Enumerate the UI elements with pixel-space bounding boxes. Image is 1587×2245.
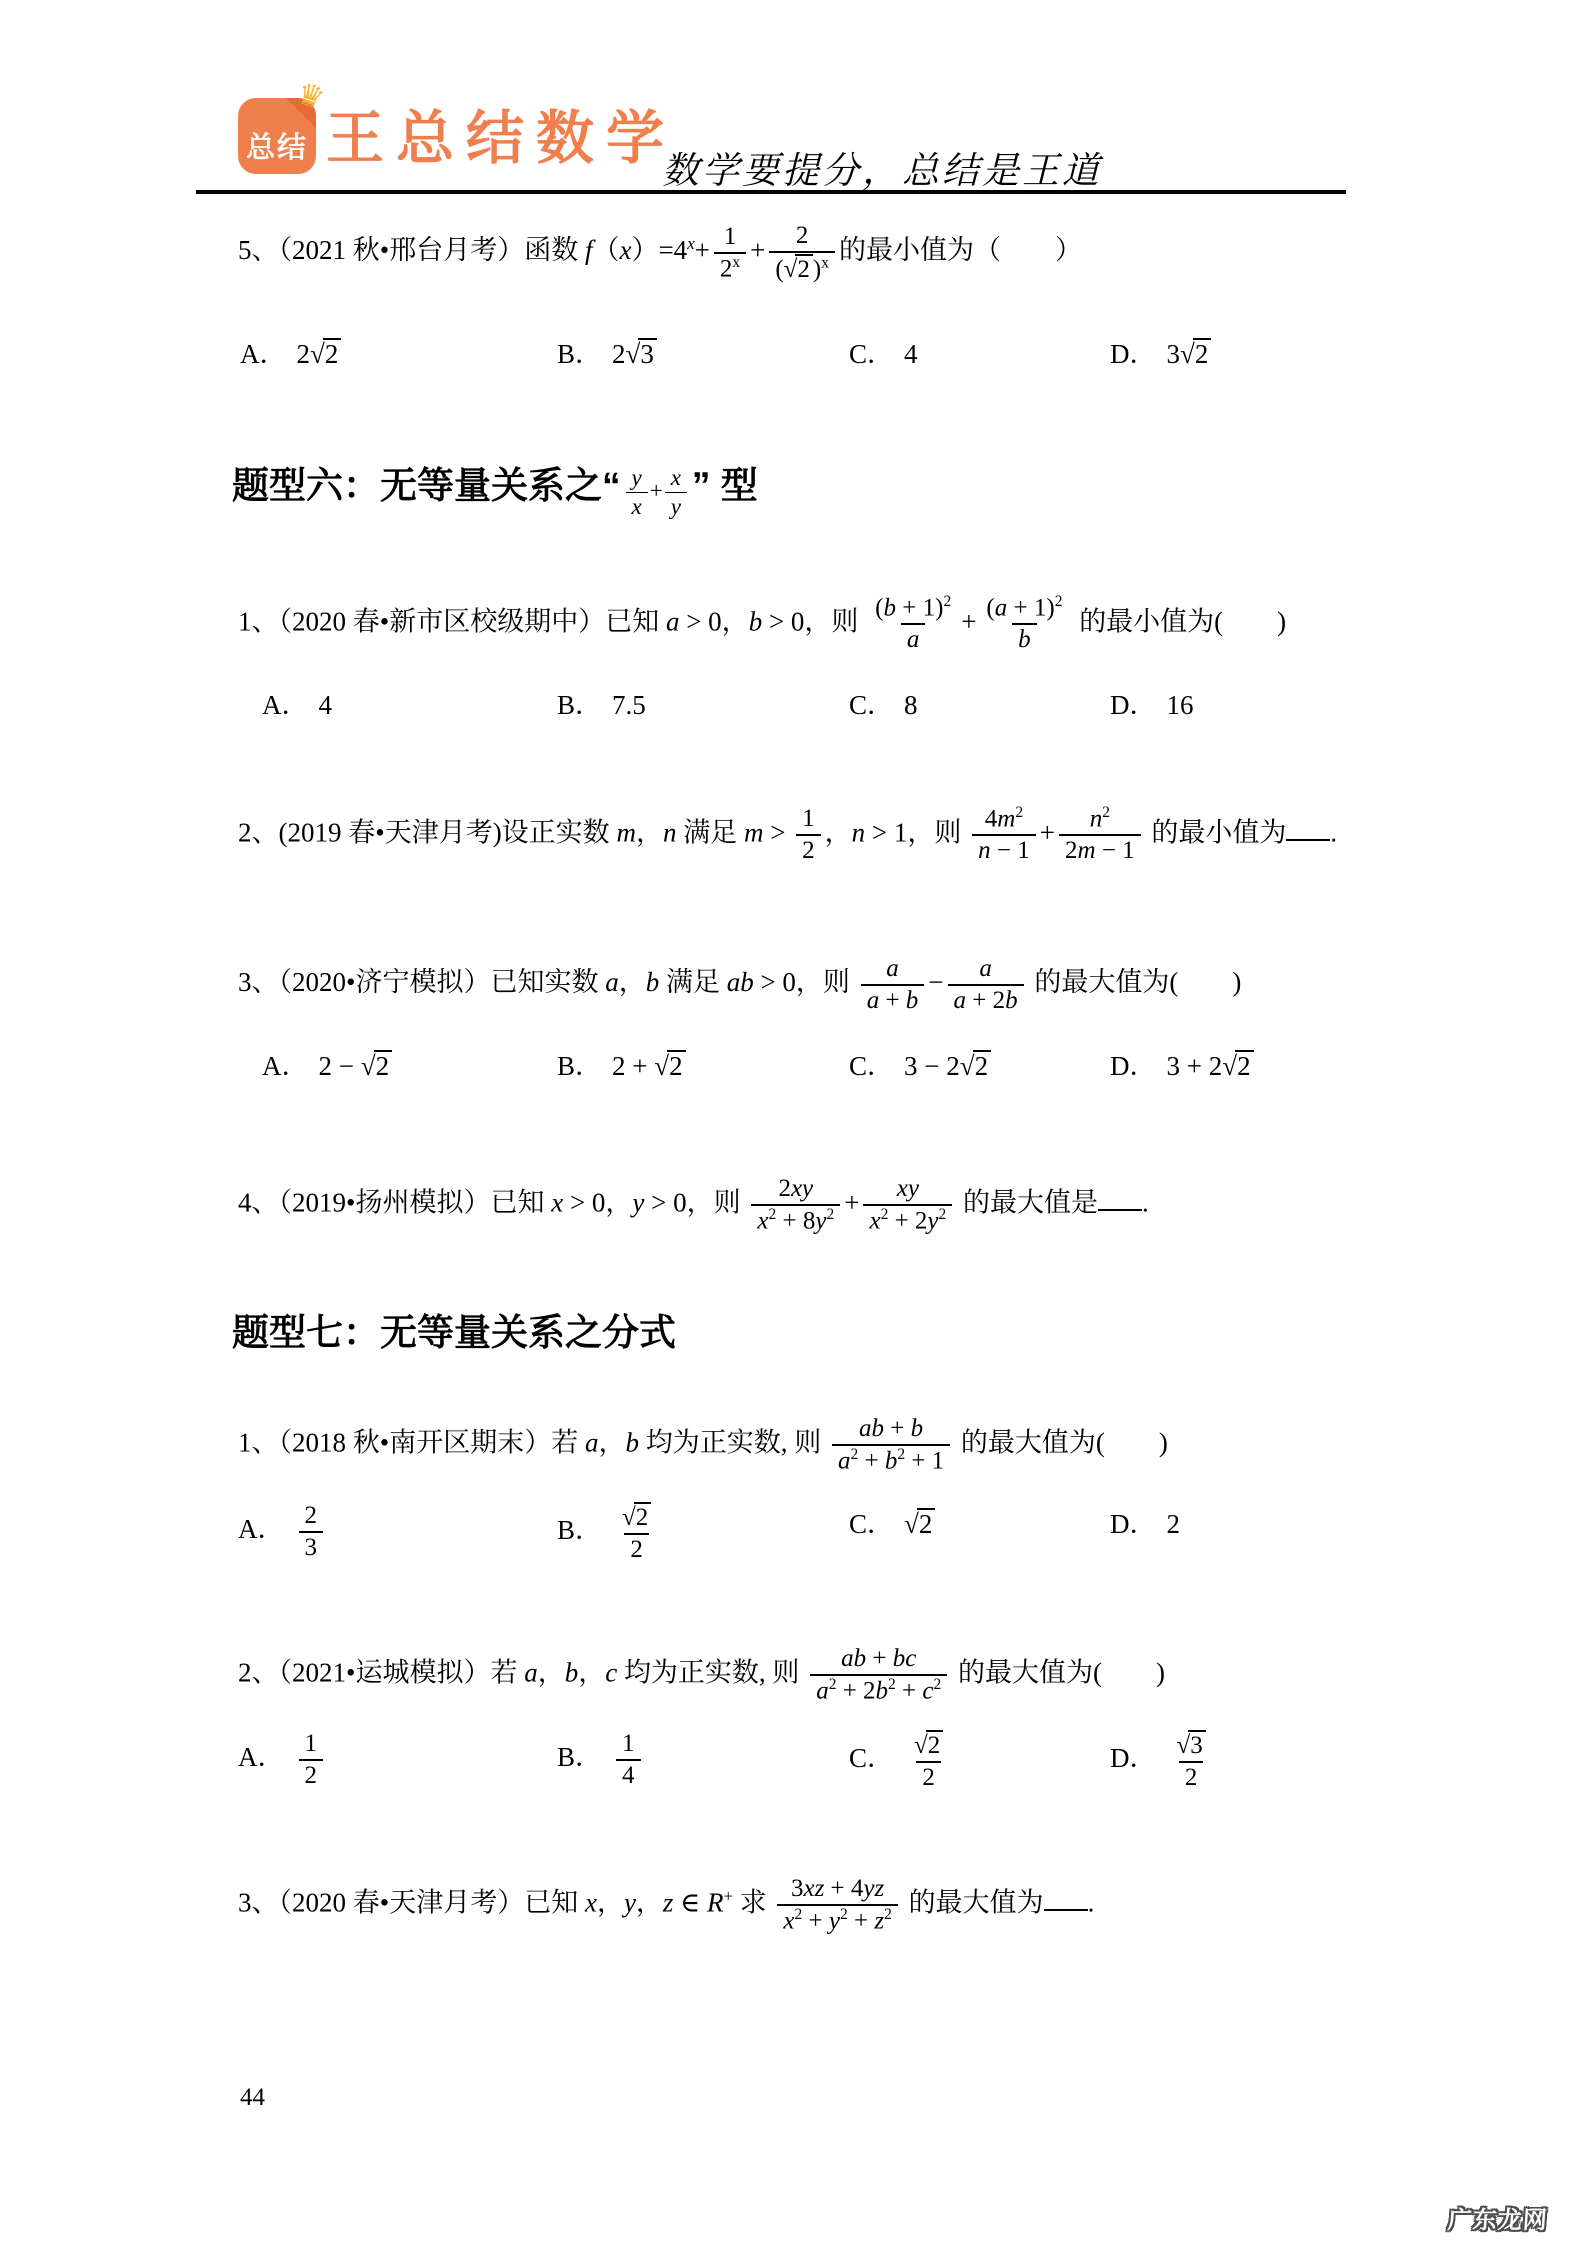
- watermark: 广东龙网: [1447, 2200, 1549, 2235]
- s7q2-option-d-label: D．: [1110, 1743, 1157, 1773]
- s6q1-option-a-value: 4: [319, 690, 333, 720]
- s6-question-3-stem: 3、（2020•济宁模拟）已知实数 a，b 满足 ab > 0，则 aa + b…: [238, 955, 1241, 1015]
- s6q1-option-d: D．16: [1110, 683, 1194, 722]
- s7-question-1-stem: 1、（2018 秋•南开区期末）若 a，b 均为正实数, 则 ab + ba2 …: [238, 1415, 1168, 1475]
- s6q3-option-c-value: 3 − 2√2: [904, 1051, 991, 1081]
- s6q1-option-a: A．4: [262, 683, 332, 722]
- s6q3-option-b-value: 2 + √2: [612, 1051, 686, 1081]
- q5-option-c: C．4: [849, 332, 918, 371]
- s6-question-2-stem: 2、(2019 春•天津月考)设正实数 m，n 满足 m > 12，n > 1，…: [238, 805, 1337, 865]
- section-6-title-suffix: 型: [710, 465, 757, 506]
- section-6-title-formula: yx+xy: [624, 478, 689, 503]
- s6-question-1-options: A．4 B．7.5 C．8 D．16: [0, 683, 1587, 723]
- s7q2-option-c-label: C．: [849, 1743, 894, 1773]
- question-5-stem: 5、（2021 秋•邢台月考）函数 f（x）=4x+12x+2(√2)x的最小值…: [238, 222, 1082, 284]
- s6q1-option-c: C．8: [849, 683, 918, 722]
- section-7-title: 题型七：无等量关系之分式: [232, 1302, 676, 1356]
- header-rule: [196, 190, 1346, 194]
- s6q1-option-d-label: D．: [1110, 690, 1157, 720]
- s6q1-option-b-value: 7.5: [612, 690, 646, 720]
- s6q3-option-c: C．3 − 2√2: [849, 1044, 991, 1083]
- crown-icon: ♛: [293, 79, 328, 116]
- s6q3-option-d-value: 3 + 2√2: [1167, 1051, 1254, 1081]
- brand-wordmark: 王总结数学: [326, 110, 676, 168]
- s7q1-option-c: C．√2: [849, 1502, 935, 1541]
- s6q3-option-a: A．2 − √2: [262, 1044, 392, 1083]
- s6q1-option-b: B．7.5: [557, 683, 646, 722]
- q5-option-a-value: 2√2: [297, 339, 342, 369]
- s6q3-option-d-label: D．: [1110, 1051, 1157, 1081]
- s7q1-option-a-value: 23: [295, 1514, 328, 1544]
- s7q2-option-d-value: √32: [1167, 1743, 1216, 1773]
- q5-option-b: B．2√3: [557, 332, 657, 371]
- q5-option-a-label: A．: [240, 339, 287, 369]
- section-7-title-text: 题型七：无等量关系之分式: [232, 1312, 676, 1353]
- s6q1-option-b-label: B．: [557, 690, 602, 720]
- s7q1-option-d-value: 2: [1167, 1509, 1181, 1539]
- s7q2-option-a-value: 12: [295, 1742, 328, 1772]
- s7q1-option-c-label: C．: [849, 1509, 894, 1539]
- q5-option-a: A．2√2: [240, 332, 341, 371]
- s7q2-option-c-value: √22: [904, 1743, 953, 1773]
- question-5-options: A．2√2 B．2√3 C．4 D．3√2: [0, 332, 1587, 372]
- page-number: 44: [240, 2084, 265, 2112]
- section-6-quote-open: “: [602, 465, 621, 506]
- s6q3-option-b: B．2 + √2: [557, 1044, 686, 1083]
- document-page: ♛ 总结 王总结数学 数学要提分，总结是王道 5、（2021 秋•邢台月考）函数…: [0, 0, 1587, 2245]
- s7q2-option-b-value: 14: [612, 1742, 645, 1772]
- q5-option-d-value: 3√2: [1167, 339, 1212, 369]
- s6q3-option-b-label: B．: [557, 1051, 602, 1081]
- q5-option-c-value: 4: [904, 339, 918, 369]
- q5-option-c-label: C．: [849, 339, 894, 369]
- s7q2-option-d: D．√32: [1110, 1730, 1216, 1792]
- s6q3-option-a-label: A．: [262, 1051, 309, 1081]
- s7q2-option-c: C．√22: [849, 1730, 953, 1792]
- s7q1-option-c-value: √2: [904, 1509, 935, 1539]
- s7q1-option-a: A．23: [238, 1502, 327, 1562]
- s7-question-3-stem: 3、（2020 春•天津月考）已知 x，y，z ∈ R+ 求 3xz + 4yz…: [238, 1875, 1094, 1935]
- header-tagline: 数学要提分，总结是王道: [662, 140, 1102, 194]
- q5-option-d: D．3√2: [1110, 332, 1211, 371]
- s7q2-option-b: B．14: [557, 1730, 645, 1790]
- s7-question-1-options: A．23 B．√22 C．√2 D．2: [0, 1502, 1587, 1542]
- s7-question-2-options: A．12 B．14 C．√22 D．√32: [0, 1730, 1587, 1770]
- s7q1-option-d-label: D．: [1110, 1509, 1157, 1539]
- q5-option-b-label: B．: [557, 339, 602, 369]
- logo-badge-text: 总结: [238, 125, 316, 166]
- section-6-quote-close: ”: [692, 465, 711, 506]
- s6-question-4-stem: 4、（2019•扬州模拟）已知 x > 0，y > 0，则 2xyx2 + 8y…: [238, 1175, 1149, 1235]
- s7q1-option-d: D．2: [1110, 1502, 1180, 1541]
- q5-option-b-value: 2√3: [612, 339, 657, 369]
- s7q2-option-a-label: A．: [238, 1742, 285, 1772]
- s6-question-3-options: A．2 − √2 B．2 + √2 C．3 − 2√2 D．3 + 2√2: [0, 1044, 1587, 1084]
- brand-logo-badge: ♛ 总结: [238, 98, 316, 174]
- s6q3-option-a-value: 2 − √2: [319, 1051, 393, 1081]
- s6q1-option-c-label: C．: [849, 690, 894, 720]
- s6q1-option-c-value: 8: [904, 690, 918, 720]
- s7-question-2-stem: 2、（2021•运城模拟）若 a，b，c 均为正实数, 则 ab + bca2 …: [238, 1645, 1165, 1705]
- s7q2-option-b-label: B．: [557, 1742, 602, 1772]
- section-6-title: 题型六：无等量关系之“yx+xy” 型: [232, 455, 758, 520]
- section-6-title-prefix: 题型六：无等量关系之: [232, 465, 602, 506]
- s7q1-option-a-label: A．: [238, 1514, 285, 1544]
- s6q1-option-a-label: A．: [262, 690, 309, 720]
- s7q1-option-b-label: B．: [557, 1515, 602, 1545]
- s7q2-option-a: A．12: [238, 1730, 327, 1790]
- s6q3-option-d: D．3 + 2√2: [1110, 1044, 1254, 1083]
- q5-option-d-label: D．: [1110, 339, 1157, 369]
- s6-question-1-stem: 1、（2020 春•新市区校级期中）已知 a > 0，b > 0，则 (b + …: [238, 594, 1286, 654]
- s7q1-option-b-value: √22: [612, 1515, 661, 1545]
- s7q1-option-b: B．√22: [557, 1502, 661, 1564]
- s6q3-option-c-label: C．: [849, 1051, 894, 1081]
- s6q1-option-d-value: 16: [1167, 690, 1194, 720]
